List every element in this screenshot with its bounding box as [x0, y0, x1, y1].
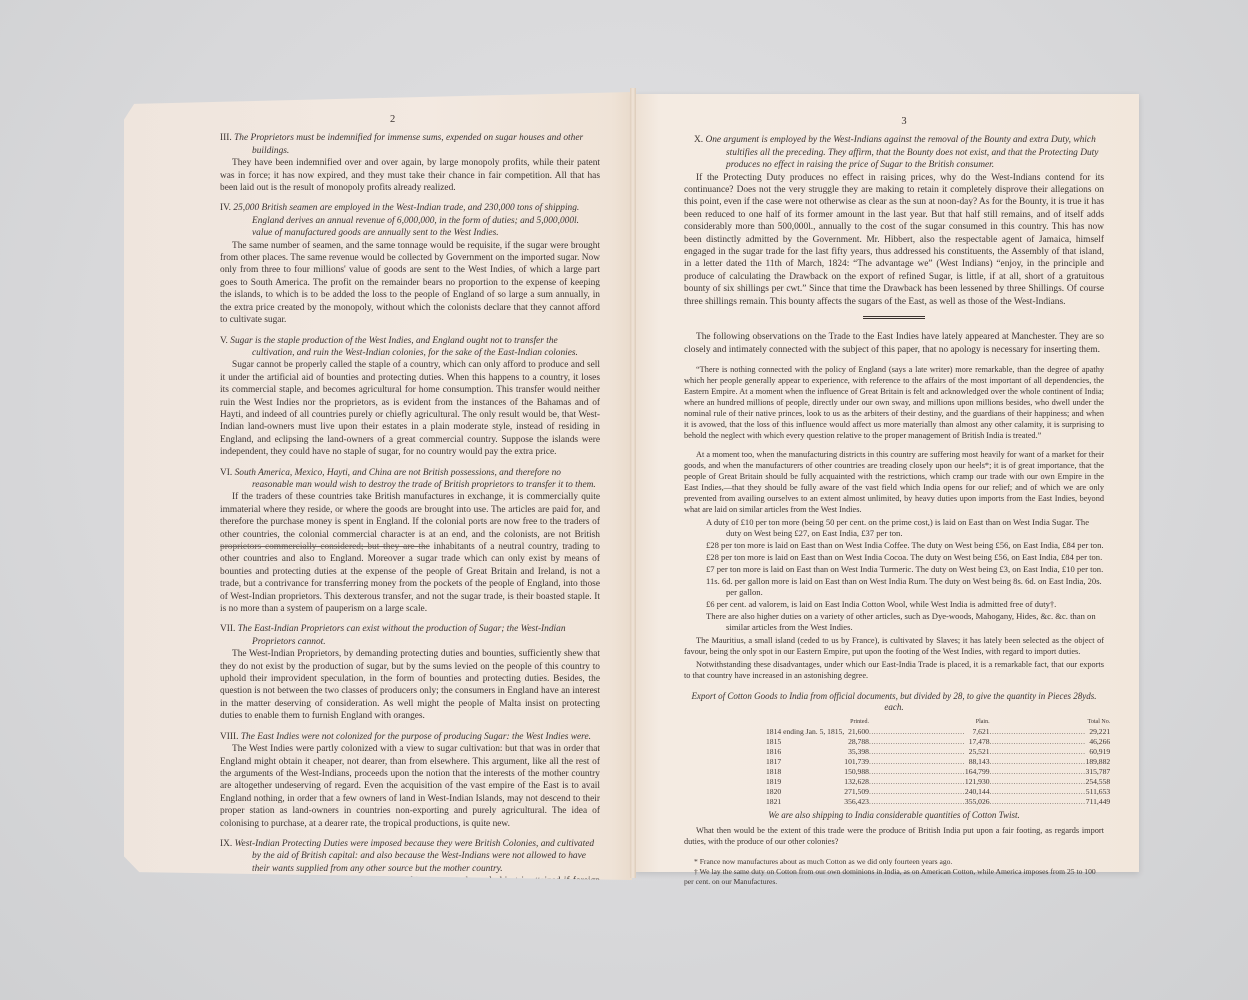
printed-cell: 35,398 [844, 747, 869, 757]
section-body: If the traders of these countries take B… [220, 491, 600, 615]
cotton-twist-note: We are also shipping to India considerab… [684, 809, 1104, 821]
table-row: 1819132,628.............................… [766, 777, 1110, 787]
plain-cell: 121,930 [965, 777, 990, 787]
printed-cell: 271,509 [844, 787, 869, 797]
struck-text: proprietors commercially considered; but… [220, 542, 430, 552]
cotton-exports-table: Printed. Plain. Total No. 1814 ending Ja… [766, 717, 1110, 807]
year-cell: 1815 [766, 737, 844, 747]
book-gutter [630, 88, 636, 878]
section-number: V. [220, 336, 228, 346]
year-cell: 1814 ending Jan. 5, 1815, [766, 727, 844, 737]
section-iv: IV. 25,000 British seamen are employed i… [220, 202, 600, 326]
section-heading: 25,000 British seamen are employed in th… [233, 203, 579, 238]
section-heading: South America, Mexico, Hayti, and China … [235, 468, 596, 490]
table-row: 1818150,988.............................… [766, 767, 1110, 777]
leader-dots: ........................................ [990, 787, 1086, 797]
total-cell: 511,653 [1086, 787, 1111, 797]
table-row: 1820271,509.............................… [766, 787, 1110, 797]
section-number: VIII. [220, 732, 238, 742]
section-body: If the Protecting Duty produces no effec… [684, 172, 1104, 308]
closing-paragraph: What then would be the extent of this tr… [684, 825, 1104, 847]
section-viii: VIII. The East Indies were not colonized… [220, 731, 600, 830]
printed-cell: 150,988 [844, 767, 869, 777]
column-header-printed: Printed. [844, 717, 869, 727]
total-cell: 189,882 [1086, 757, 1111, 767]
page-number: 2 [220, 114, 600, 126]
section-number: III. [220, 133, 232, 143]
left-page: 2 III. The Proprietors must be indemnifi… [124, 92, 632, 880]
duty-item: 11s. 6d. per gallon more is laid on East… [706, 576, 1104, 598]
plain-cell: 240,144 [965, 787, 990, 797]
notwithstanding-paragraph: Notwithstanding these disadvantages, und… [684, 659, 1104, 681]
leader-dots: ........................................ [869, 757, 965, 767]
leader-dots: ........................................ [990, 737, 1086, 747]
year-cell: 1818 [766, 767, 844, 777]
section-heading: One argument is employed by the West-Ind… [705, 135, 1098, 170]
plain-cell: 164,799 [965, 767, 990, 777]
duty-item: A duty of £10 per ton more (being 50 per… [706, 517, 1104, 539]
printed-cell: 21,600 [844, 727, 869, 737]
table-row: 181635,398..............................… [766, 747, 1110, 757]
duty-item: £7 per ton more is laid on East than on … [706, 564, 1104, 575]
duty-item: £28 per ton more is laid on East than on… [706, 540, 1104, 551]
total-cell: 29,221 [1086, 727, 1111, 737]
duty-item: £28 per ton more is laid on East than on… [706, 552, 1104, 563]
section-body: They have been indemnified over and over… [220, 157, 600, 194]
leader-dots: ........................................ [990, 747, 1086, 757]
section-number: VII. [220, 624, 235, 634]
printed-cell: 132,628 [844, 777, 869, 787]
section-body: The West Indies were partly colonized wi… [220, 743, 600, 830]
table-row: 181528,788..............................… [766, 737, 1110, 747]
leader-dots: ........................................ [869, 737, 965, 747]
year-cell: 1819 [766, 777, 844, 787]
section-ix: IX. West-Indian Protecting Duties were i… [220, 838, 600, 950]
year-cell: 1817 [766, 757, 844, 767]
section-heading: Sugar is the staple production of the We… [230, 336, 578, 358]
leader-dots: ........................................ [990, 767, 1086, 777]
leader-dots: ........................................ [869, 787, 965, 797]
section-body: The West-Indian Proprietors, by demandin… [220, 648, 600, 722]
leader-dots: ........................................ [990, 797, 1086, 807]
duty-list: A duty of £10 per ton more (being 50 per… [684, 517, 1104, 633]
column-header-total: Total No. [1086, 717, 1111, 727]
section-heading: The East-Indian Proprietors can exist wi… [238, 624, 566, 646]
section-number: IX. [220, 839, 232, 849]
page-number: 3 [684, 116, 1104, 128]
table-row: 1821356,423.............................… [766, 797, 1110, 807]
table-row: 1814 ending Jan. 5, 1815,21,600.........… [766, 727, 1110, 737]
section-body: Sugar cannot be properly called the stap… [220, 359, 600, 458]
mauritius-paragraph: The Mauritius, a small island (ceded to … [684, 635, 1104, 657]
leader-dots: ........................................ [869, 747, 965, 757]
section-vi: VI. South America, Mexico, Hayti, and Ch… [220, 467, 600, 616]
duty-item: There are also higher duties on a variet… [706, 611, 1104, 633]
year-cell: 1816 [766, 747, 844, 757]
section-heading: The East Indies were not colonized for t… [241, 732, 591, 742]
table-title: Export of Cotton Goods to India from off… [684, 691, 1104, 713]
section-body: The same number of seamen, and the same … [220, 240, 600, 327]
column-header-plain: Plain. [965, 717, 990, 727]
year-cell: 1821 [766, 797, 844, 807]
intro-paragraph: The following observations on the Trade … [684, 331, 1104, 356]
footnotes: * France now manufactures about as much … [684, 857, 1104, 887]
left-page-content: 2 III. The Proprietors must be indemnifi… [220, 114, 600, 958]
section-x: X. One argument is employed by the West-… [684, 134, 1104, 308]
total-cell: 46,266 [1086, 737, 1111, 747]
plain-cell: 88,143 [965, 757, 990, 767]
quote-paragraph: At a moment too, when the manufacturing … [684, 449, 1104, 515]
leader-dots: ........................................ [869, 727, 965, 737]
plain-cell: 7,621 [965, 727, 990, 737]
leader-dots: ........................................ [990, 727, 1086, 737]
footnote: * France now manufactures about as much … [684, 857, 1104, 867]
total-cell: 60,919 [1086, 747, 1111, 757]
leader-dots: ........................................ [990, 777, 1086, 787]
section-heading: The Proprietors must be indemnified for … [234, 133, 583, 155]
section-heading: West-Indian Protecting Duties were impos… [235, 839, 594, 874]
section-number: X. [694, 135, 703, 145]
printed-cell: 101,739 [844, 757, 869, 767]
plain-cell: 25,521 [965, 747, 990, 757]
right-page-content: 3 X. One argument is employed by the Wes… [684, 116, 1104, 887]
total-cell: 711,449 [1086, 797, 1111, 807]
leader-dots: ........................................ [869, 777, 965, 787]
total-cell: 315,787 [1086, 767, 1111, 777]
section-number: IV. [220, 203, 231, 213]
leader-dots: ........................................ [990, 757, 1086, 767]
right-page: 3 X. One argument is employed by the Wes… [634, 94, 1139, 872]
printed-cell: 28,788 [844, 737, 869, 747]
table-row: 1817101,739.............................… [766, 757, 1110, 767]
section-vii: VII. The East-Indian Proprietors can exi… [220, 623, 600, 722]
plain-cell: 355,026 [965, 797, 990, 807]
footnote: † We lay the same duty on Cotton from ou… [684, 867, 1104, 887]
duty-item: £6 per cent. ad valorem, is laid on East… [706, 599, 1104, 610]
plain-cell: 17,478 [965, 737, 990, 747]
table-header-row: Printed. Plain. Total No. [766, 717, 1110, 727]
total-cell: 254,558 [1086, 777, 1111, 787]
section-v: V. Sugar is the staple production of the… [220, 335, 600, 459]
leader-dots: ........................................ [869, 767, 965, 777]
section-divider [863, 316, 925, 319]
section-body: The same is the case in the East Indies;… [220, 875, 600, 949]
leader-dots: ........................................ [869, 797, 965, 807]
section-number: VI. [220, 468, 232, 478]
section-iii: III. The Proprietors must be indemnified… [220, 132, 600, 194]
year-cell: 1820 [766, 787, 844, 797]
quote-paragraph: “There is nothing connected with the pol… [684, 364, 1104, 441]
printed-cell: 356,423 [844, 797, 869, 807]
open-pamphlet: 2 III. The Proprietors must be indemnifi… [0, 0, 1248, 1000]
